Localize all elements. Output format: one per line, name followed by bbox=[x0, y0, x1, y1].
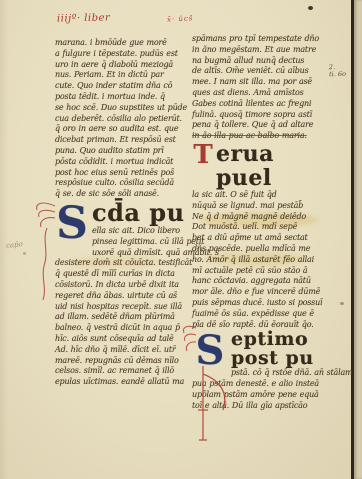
text-line: regeret dña ābas. uirtute cū as̄ bbox=[55, 291, 188, 302]
text-line: pōsta cōdidit. i mortua indicāt bbox=[55, 157, 188, 168]
text-line: toī e altā. Dū illa gīa apstīcāo bbox=[192, 401, 335, 412]
text-line: cute. Quo inder statim dña cō bbox=[55, 81, 188, 92]
text-line: post hoc eius senū retinēs pos̄ bbox=[55, 168, 188, 179]
text-line: in ãno megēstam. Et aue matre bbox=[192, 45, 335, 56]
text-line: posta tēdit. i mortua inde. q̄ bbox=[55, 92, 188, 103]
underleaf-edge bbox=[354, 0, 362, 479]
chapter-septimo: S eptimo post pu pstā. cō q̄ rstōe dñā. … bbox=[192, 330, 335, 411]
running-title: iiijº· liber bbox=[57, 13, 110, 25]
manuscript-page: iiijº· liber x̄· ūcs̄ 2. ti. 6o cap̄o ma… bbox=[0, 0, 362, 479]
text-line: mee. I nam sit illa. ma por asē bbox=[192, 77, 335, 88]
chapter-tercia-puella: T erua puel la sic ait. O sē fuit q̄dnūq… bbox=[192, 142, 335, 330]
ink-speck bbox=[340, 302, 344, 305]
text-line: cua deberēt. cōsilia alo petierūt. bbox=[55, 114, 188, 125]
text-line: mareē. repugnās cū dēmas nīlo bbox=[55, 356, 188, 367]
text-line: dñs pascēde. puella mdīcā me bbox=[192, 244, 335, 255]
text-line: fuaimē ōs sūa. expēdisse que ē bbox=[192, 309, 335, 320]
illuminated-initial-s: S bbox=[192, 330, 228, 374]
ink-speck bbox=[23, 252, 26, 255]
margin-note-left: cap̄o bbox=[6, 240, 24, 250]
text-line: Gabes cotinā lilentes ac fregni bbox=[192, 99, 335, 110]
text-line: q̄ questē dī mīlī curīas in dicta bbox=[55, 269, 188, 280]
text-line: uid nisi hospitas recepīt. sue illā bbox=[55, 302, 188, 313]
text-line: dicebat priman. Et respōsū est bbox=[55, 135, 188, 146]
text-line: pena q̄ tollere. Que q̄ ad altare bbox=[192, 120, 335, 131]
text-line: puna. Quo audito statim prī bbox=[55, 146, 188, 157]
gutter-shadow bbox=[0, 0, 8, 479]
pen-flourish-left-initial bbox=[33, 196, 57, 304]
text-line: ques ast diens. Amā amīstos bbox=[192, 88, 335, 99]
text-line: a fulgure i tēpestate. pudūs est bbox=[55, 49, 188, 60]
chapter-secunda-puella: S cd̄a pu ella sic ait. Dico liberopinse… bbox=[55, 200, 188, 388]
text-line: desistere dom̄ sit cōuīcta. testificāt bbox=[55, 258, 188, 269]
text-line: nūquā se lignud. mai pestāb̄ bbox=[192, 201, 335, 212]
text-line: epulas uīctimas. eandē allatū ma bbox=[55, 377, 188, 388]
text-line: spāmans pro tpī tempestate dño bbox=[192, 34, 335, 45]
text-line: pua pstām denestē. e alio insteā bbox=[192, 379, 335, 390]
text-line: de altīs. Om̄e veniēt. cū aībus bbox=[192, 66, 335, 77]
text-line: Ne q̄ d māgnē magnē deiēdo bbox=[192, 212, 335, 223]
text-line: balneo. q̄ vestrā dicūt in aqua p̄ bbox=[55, 323, 188, 334]
text-line: la sic ait. O sē fuit q̄d bbox=[192, 190, 335, 201]
text-line: mor āle. dño e fue vincerē dūmē bbox=[192, 287, 335, 298]
block-e: pstā. cō q̄ rstōe dñā. an̄ stālampua pst… bbox=[192, 368, 335, 411]
text-line: respōsiue culto. cōsilia secūdā bbox=[55, 178, 188, 189]
block-a: marana. i bmōūde gue morēa fulgure i tēp… bbox=[55, 38, 188, 200]
text-line: Ad. hīc dño q̄ mīlē. dīcit eī. utr̄ bbox=[55, 345, 188, 356]
text-line: hanc cōctavia. aggregata nātū bbox=[192, 276, 335, 287]
text-line: upōlam pstām amōre pene equā bbox=[192, 390, 335, 401]
text-line: celsos. simīl. ac remanet q̄ illō bbox=[55, 366, 188, 377]
text-line: fulinā. quosq̄ timore sopra astī bbox=[192, 110, 335, 121]
text-line: ho. Amōr q̄ illā astarēt fēo allai bbox=[192, 255, 335, 266]
rubricated-initial-t: T bbox=[192, 142, 214, 168]
text-line: puis sēpmas ducē. iusto si possuī bbox=[192, 298, 335, 309]
text-line: uro in aere q̄ diabolū meziogā bbox=[55, 60, 188, 71]
text-column-right: spāmans pro tpī tempestate dñoin ãno meg… bbox=[192, 34, 335, 412]
block-c: spāmans pro tpī tempestate dñoin ãno meg… bbox=[192, 34, 335, 142]
text-line: q̄ oro in aere so audita est. que bbox=[55, 124, 188, 135]
text-line: mī actuāle petē cū sūo stāo ā bbox=[192, 266, 335, 277]
text-column-left: marana. i bmōūde gue morēa fulgure i tēp… bbox=[55, 38, 188, 388]
text-line: bet a diū ap̄me ut amā sectat bbox=[192, 233, 335, 244]
text-line: ad illam. sedētē dñam plūrimā bbox=[55, 312, 188, 323]
text-line: se hoc scē. Duo supstites ut pūde bbox=[55, 103, 188, 114]
text-line: cōsistorū. In dicta urbē dixit ita bbox=[55, 280, 188, 291]
ink-speck bbox=[308, 6, 313, 10]
block-d: la sic ait. O sē fuit q̄dnūquā se lignud… bbox=[192, 190, 335, 330]
text-line: hīc. aiōs sunt cōsequīa ad talē bbox=[55, 334, 188, 345]
quire-mark: x̄· ūcs̄ bbox=[167, 14, 194, 23]
text-line: na bugmā allud nunq̄ dectus bbox=[192, 56, 335, 67]
illuminated-initial-s: S bbox=[55, 200, 89, 252]
text-line: Dot muōstā. uelī. mdī sepē bbox=[192, 222, 335, 233]
text-line: nus. Periam. Et in dictū par bbox=[55, 70, 188, 81]
text-line: marana. i bmōūde gue morē bbox=[55, 38, 188, 49]
